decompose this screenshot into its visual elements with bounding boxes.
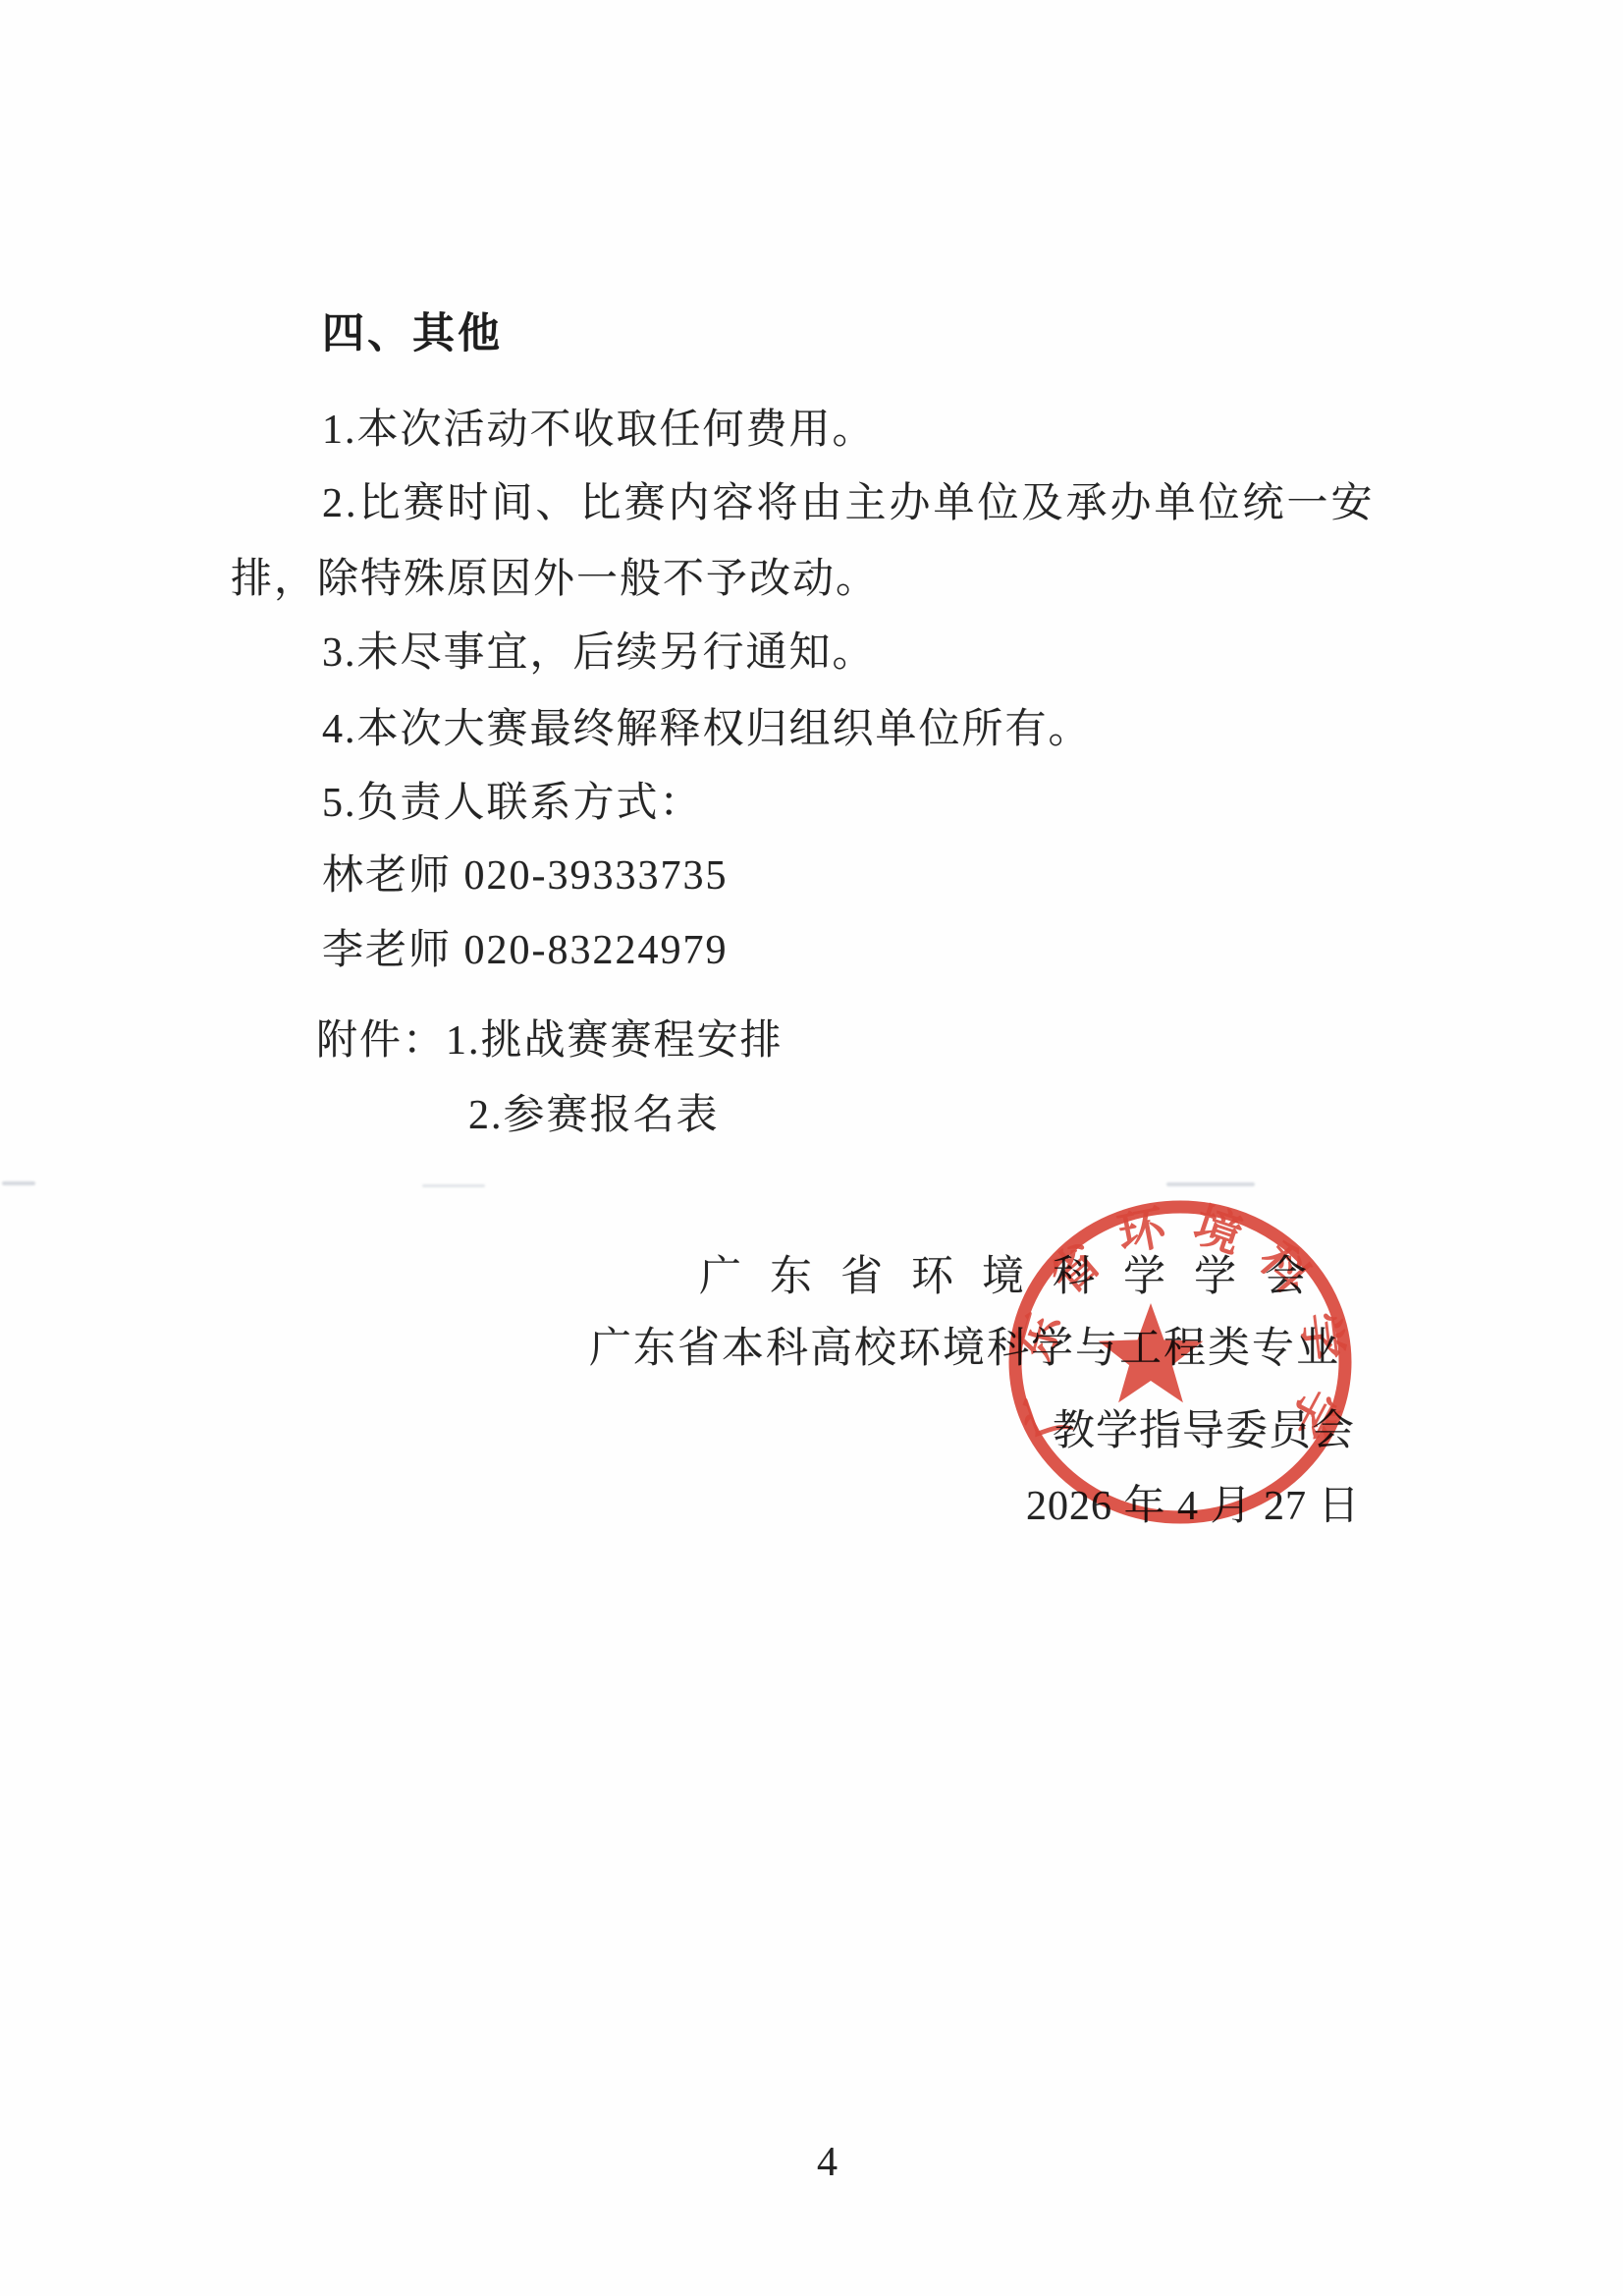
attachment-item-2: 2.参赛报名表 [468,1092,720,1139]
attachment-item-1: 1.挑战赛赛程安排 [446,1018,784,1064]
seal-star-icon [1099,1303,1204,1402]
body-line-1: 1.本次活动不收取任何费用。 [322,407,876,454]
body-line-6: 5.负责人联系方式： [322,780,703,827]
seal-arc-text: 广东省环境科学学会 [994,1185,1352,1465]
page-number: 4 [817,2139,838,2186]
section-heading: 四、其他 [322,310,503,357]
attachments-line: 附件：1.挑战赛赛程安排 [316,1017,784,1065]
contact-line-li: 李老师 020-83224979 [322,927,729,974]
body-line-5: 4.本次大赛最终解释权归组织单位所有。 [322,706,1092,753]
scan-artifact-right [1166,1182,1255,1186]
scanned-document-page: 四、其他 1.本次活动不收取任何费用。 2.比赛时间、比赛内容将由主办单位及承办… [0,0,1623,2296]
scan-artifact-left [2,1181,35,1185]
body-line-3: 排，除特殊原因外一般不予改动。 [231,556,879,603]
attachments-label: 附件： [316,1018,446,1064]
body-line-2: 2.比赛时间、比赛内容将由主办单位及承办单位统一安 [322,480,1376,527]
official-seal-stamp: 广东省环境科学学会 [994,1185,1367,1535]
body-line-4: 3.未尽事宜，后续另行通知。 [322,629,876,677]
contact-line-lin: 林老师 020-39333735 [322,852,729,900]
scan-artifact-middle [422,1184,485,1187]
